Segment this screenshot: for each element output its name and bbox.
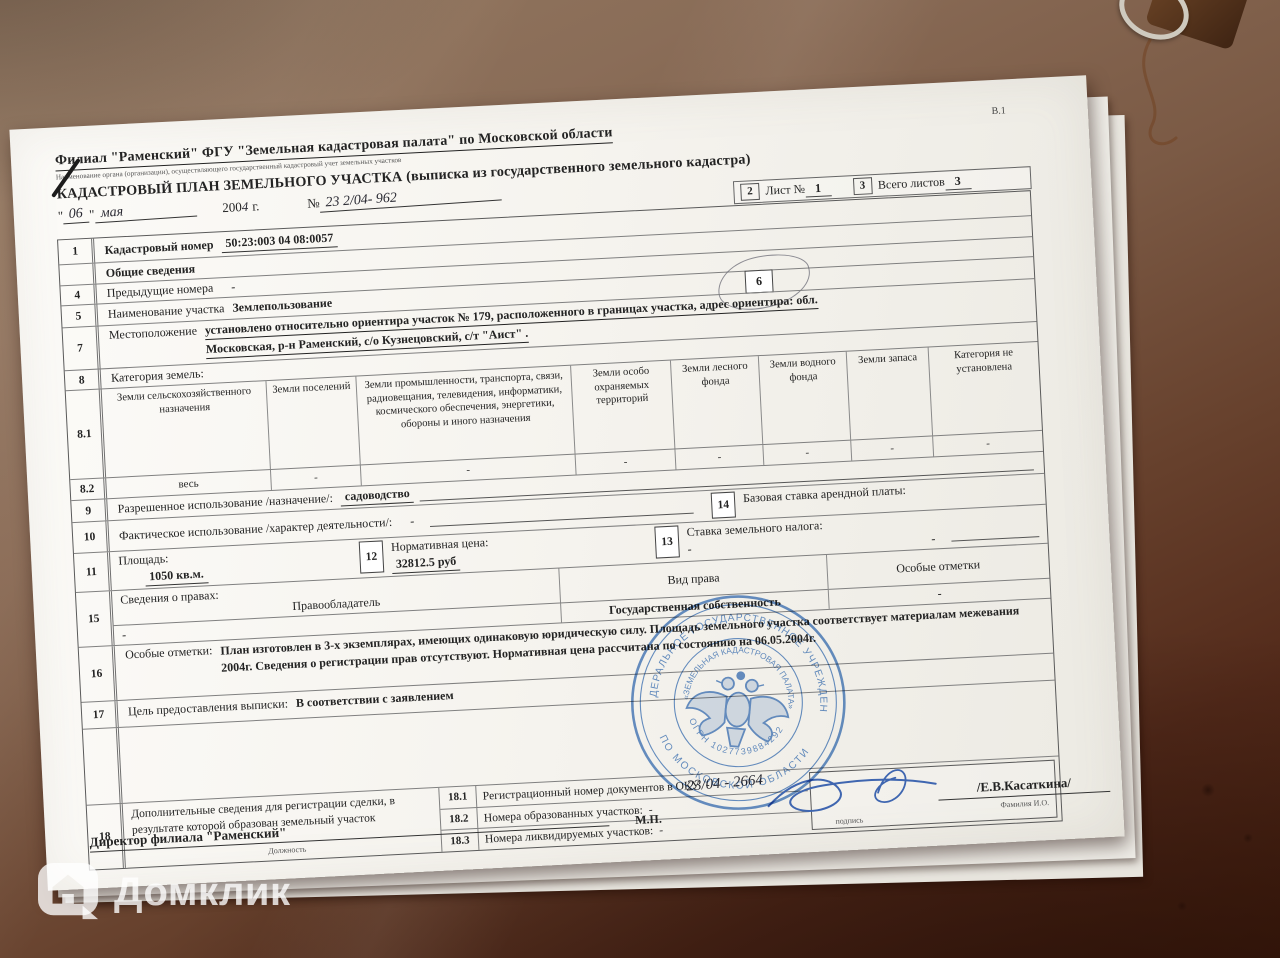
domclick-logo-icon: [38, 862, 100, 922]
row-number: [59, 264, 96, 286]
cadastral-plan-page: В.1 Филиал "Раменский" ФГУ "Земельная ка…: [9, 75, 1124, 891]
category-water: Земли водного фонда: [759, 352, 851, 444]
photo-of-document-on-table: В.1 Филиал "Раменский" ФГУ "Земельная ка…: [0, 0, 1280, 958]
total-sheets-label: Всего листов: [878, 175, 946, 193]
area-value: 1050 кв.м.: [145, 566, 208, 586]
handwritten-day: 06: [63, 206, 90, 225]
category-not-set: Категория не установлена: [929, 342, 1042, 435]
row-number: 9: [71, 499, 108, 522]
box-14: 14: [711, 492, 736, 519]
sheet-value: 1: [805, 180, 832, 197]
normative-price-label: Нормативная цена:: [391, 535, 489, 555]
category-forest: Земли лесного фонда: [671, 356, 763, 448]
handwritten-year: 4: [241, 199, 248, 215]
previous-numbers-value: -: [221, 279, 246, 295]
box-12: 12: [359, 540, 385, 573]
statement-purpose-label: Цель предоставления выписки:: [128, 696, 289, 719]
category-agricultural: Земли сельскохозяйственного назначения: [102, 381, 271, 477]
box-6: 6: [744, 269, 773, 293]
category-protected: Земли особо охраняемых территорий: [571, 361, 675, 454]
row-number: 7: [63, 327, 101, 371]
base-rent-label: Базовая ставка арендной платы:: [743, 483, 907, 506]
actual-use-value: -: [400, 513, 425, 529]
stamp-place-label: М.П.: [635, 812, 662, 828]
row-number: 16: [79, 646, 118, 702]
category-industry: Земли промышленности, транспорта, связи,…: [356, 366, 575, 465]
area-label: Площадь:: [118, 549, 207, 568]
row-number: 8.2: [70, 478, 107, 500]
parcel-name-label: Наименование участка: [108, 301, 225, 322]
row-number: 5: [61, 305, 98, 328]
row-number: 15: [76, 591, 115, 647]
row-number: 11: [74, 552, 112, 592]
domclick-watermark: Домклик: [38, 862, 291, 922]
parcel-name-value: Землепользование: [232, 296, 332, 316]
year-printed: 200: [222, 199, 242, 216]
base-rent-value: -: [921, 531, 946, 547]
row-number: 10: [72, 521, 109, 553]
position-caption: Должность: [268, 845, 306, 856]
handwritten-month: мая: [94, 200, 197, 224]
special-marks-label: Особые отметки:: [125, 643, 213, 662]
sheet-label: Лист №: [765, 182, 805, 199]
signature-caption: подпись: [835, 815, 863, 825]
row-number: 8: [65, 369, 102, 390]
box-3: 3: [853, 177, 873, 195]
row-number: 4: [60, 285, 97, 306]
category-reserve: Земли запаса: [847, 348, 933, 440]
cadastral-number-value: 50:23:003 04 08:0057: [221, 230, 338, 253]
row-number: 8.1: [66, 389, 106, 479]
normative-price-value: 32812.5 руб: [392, 554, 461, 574]
number-sign: №: [307, 195, 320, 212]
row-number: [83, 728, 123, 805]
year-suffix: г.: [252, 198, 260, 214]
category-settlements: Земли поселений: [266, 377, 360, 469]
domclick-watermark-text: Домклик: [114, 870, 291, 915]
location-label: Местоположение: [109, 324, 198, 343]
blank-line: [951, 523, 1040, 541]
row-number: 17: [82, 701, 119, 729]
form-marker: В.1: [991, 105, 1006, 117]
total-sheets-value: 3: [944, 173, 971, 190]
statement-purpose-value: В соответствии с заявлением: [296, 688, 454, 711]
wood-stain-squiggle: [1120, 30, 1260, 160]
cadastral-number-label: Кадастровый номер: [104, 237, 214, 257]
box-13: 13: [654, 526, 680, 559]
box-2: 2: [740, 183, 760, 201]
permitted-use-value: садоводство: [340, 486, 414, 507]
row-number: 1: [58, 239, 95, 265]
